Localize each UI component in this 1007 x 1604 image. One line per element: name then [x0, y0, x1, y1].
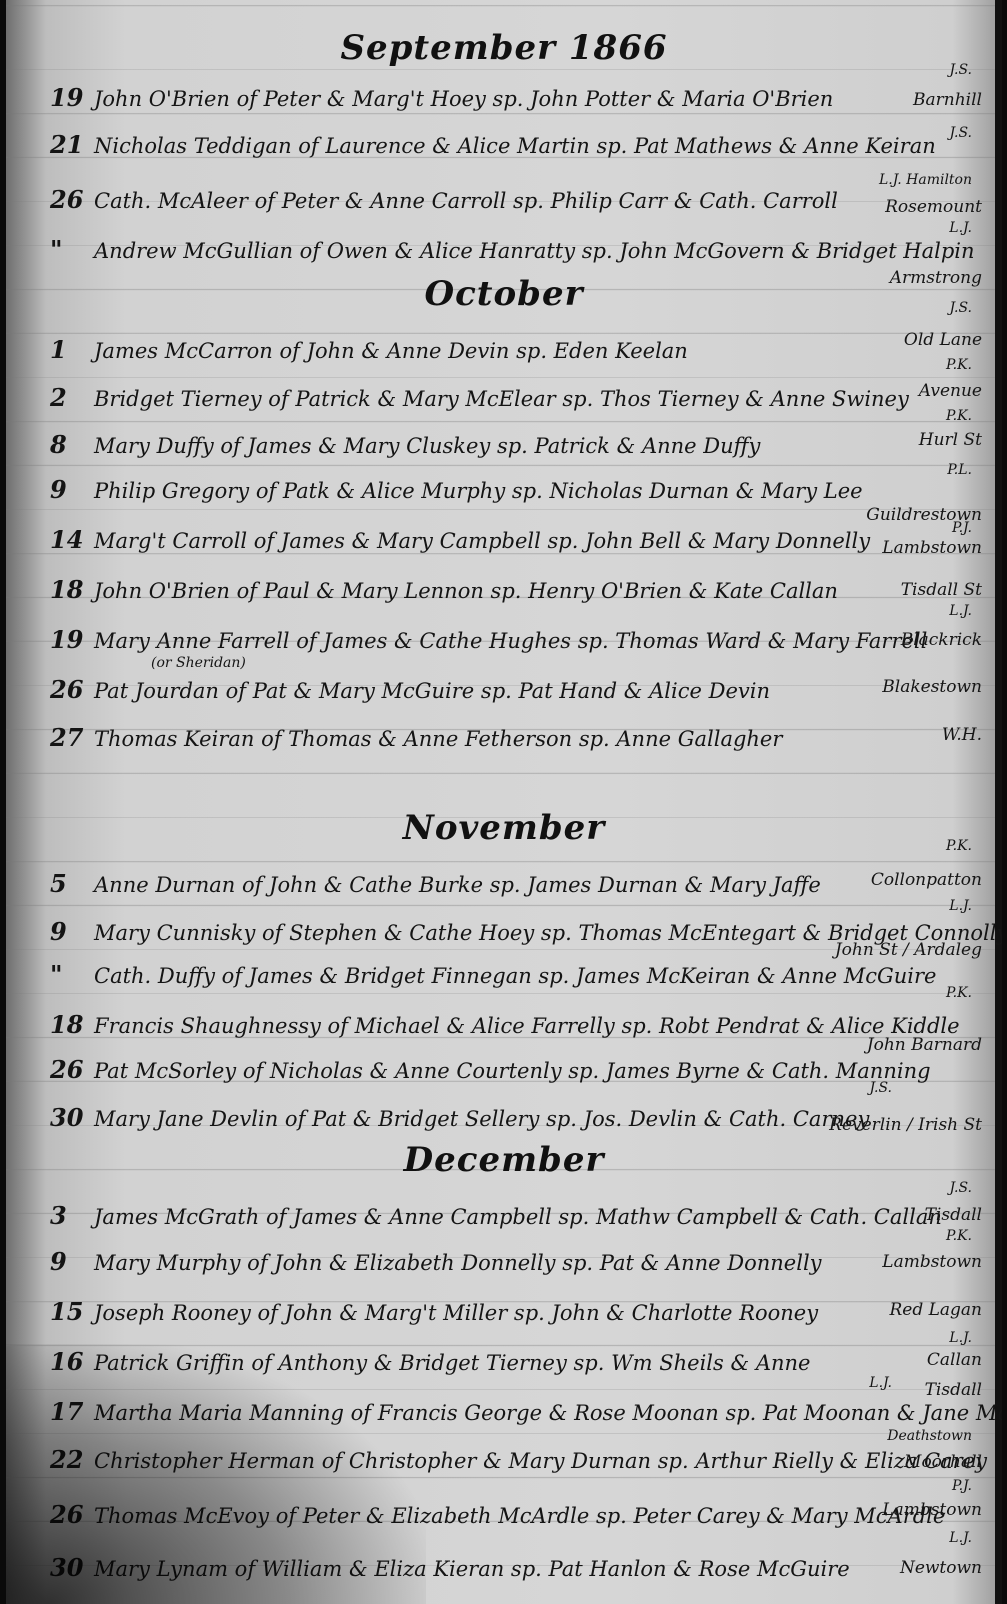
margin-place: Collonpatton [871, 870, 982, 890]
margin-initials: P.J. [952, 1478, 972, 1494]
margin-place: Blackrick [901, 630, 982, 650]
margin-initials: P.L. [947, 462, 972, 478]
entry-day: 26 [50, 670, 94, 710]
margin-place: Tisdall [925, 1205, 982, 1225]
margin-initials: Deathstown [887, 1428, 972, 1444]
margin-place: John Barnard [867, 1035, 982, 1055]
entry-text: Mary Jane Devlin of Pat & Bridget Seller… [94, 1099, 869, 1139]
entry-day: 15 [50, 1292, 94, 1332]
margin-initials: L.J. [949, 220, 972, 236]
entry-day: " [50, 955, 94, 995]
entry-text: Pat Jourdan of Pat & Mary McGuire sp. Pa… [94, 671, 770, 711]
entry-day: 9 [50, 912, 94, 952]
entry-day: 18 [50, 1005, 94, 1045]
margin-place: Reverlin / Irish St [829, 1115, 982, 1135]
margin-initials: L.J. [949, 898, 972, 914]
register-entry: 26Pat Jourdan of Pat & Mary McGuire sp. … [50, 670, 920, 710]
entry-text: Cath. Duffy of James & Bridget Finnegan … [94, 956, 936, 996]
margin-place: Blakestown [882, 677, 982, 697]
margin-place: Newtown [900, 1558, 982, 1578]
entry-text: Mary Murphy of John & Elizabeth Donnelly… [94, 1243, 822, 1283]
entry-text: Francis Shaughnessy of Michael & Alice F… [94, 1006, 960, 1046]
entry-day: 2 [50, 378, 94, 418]
entry-day: 26 [50, 180, 94, 220]
margin-place: Rosemount [885, 197, 982, 217]
entry-day: 26 [50, 1050, 94, 1090]
entry-text: James McGrath of James & Anne Campbell s… [94, 1197, 942, 1237]
register-entry: 21Nicholas Teddigan of Laurence & Alice … [50, 125, 920, 165]
margin-place: Lambstown [882, 1500, 982, 1520]
register-entry: 1James McCarron of John & Anne Devin sp.… [50, 330, 920, 370]
entry-text: Philip Gregory of Patk & Alice Murphy sp… [94, 471, 863, 511]
entry-day: 16 [50, 1342, 94, 1382]
margin-initials: P.K. [946, 1228, 972, 1244]
margin-initials: L.J. [949, 603, 972, 619]
entry-day: 27 [50, 718, 94, 758]
register-entry: 5Anne Durnan of John & Cathe Burke sp. J… [50, 864, 920, 904]
entry-text: Martha Maria Manning of Francis George &… [94, 1393, 1002, 1433]
register-page: September 1866 19John O'Brien of Peter &… [6, 0, 1002, 1604]
margin-place: Tisdall [925, 1380, 982, 1400]
register-entry: 9Mary Murphy of John & Elizabeth Donnell… [50, 1242, 920, 1282]
register-entry: "Andrew McGullian of Owen & Alice Hanrat… [50, 230, 920, 270]
margin-initials: J.S. [949, 62, 972, 78]
entry-text: Cath. McAleer of Peter & Anne Carroll sp… [94, 181, 838, 221]
register-entry: 27Thomas Keiran of Thomas & Anne Fethers… [50, 718, 920, 758]
entry-day: 9 [50, 1242, 94, 1282]
margin-place: Red Lagan [889, 1300, 982, 1320]
entry-text: Andrew McGullian of Owen & Alice Hanratt… [94, 231, 975, 271]
margin-initials: P.J. [952, 520, 972, 536]
month-heading-october: October [6, 274, 1002, 314]
margin-initials: J.S. [949, 1180, 972, 1196]
entry-day: 19 [50, 78, 94, 118]
margin-initials: L.J. [949, 1530, 972, 1546]
register-entry: 26Thomas McEvoy of Peter & Elizabeth McA… [50, 1495, 920, 1535]
entry-day: 1 [50, 330, 94, 370]
entry-day: 5 [50, 864, 94, 904]
register-entry: 15Joseph Rooney of John & Marg't Miller … [50, 1292, 920, 1332]
register-entry: 2Bridget Tierney of Patrick & Mary McEle… [50, 378, 920, 418]
margin-place: Barnhill [913, 90, 982, 110]
margin-initials: P.K. [946, 838, 972, 854]
entry-day: 18 [50, 570, 94, 610]
entry-day: 30 [50, 1098, 94, 1138]
entry-day: 19 [50, 620, 94, 660]
margin-place: Tisdall St [901, 580, 982, 600]
entry-text: Thomas Keiran of Thomas & Anne Fetherson… [94, 719, 782, 759]
entry-text: Nicholas Teddigan of Laurence & Alice Ma… [94, 126, 936, 166]
margin-initials: P.K. [946, 408, 972, 424]
register-entry: 19Mary Anne Farrell of James & Cathe Hug… [50, 620, 920, 660]
entry-day: 30 [50, 1548, 94, 1588]
register-entry: 18Francis Shaughnessy of Michael & Alice… [50, 1005, 920, 1045]
register-entry: 19John O'Brien of Peter & Marg't Hoey sp… [50, 78, 920, 118]
entry-text: John O'Brien of Peter & Marg't Hoey sp. … [94, 79, 833, 119]
margin-place: Hurl St [919, 430, 982, 450]
entry-text: James McCarron of John & Anne Devin sp. … [94, 331, 688, 371]
register-entry: 8Mary Duffy of James & Mary Cluskey sp. … [50, 425, 920, 465]
entry-text: Joseph Rooney of John & Marg't Miller sp… [94, 1293, 818, 1333]
register-entry: "Cath. Duffy of James & Bridget Finnegan… [50, 955, 920, 995]
margin-initials: P.K. [946, 357, 972, 373]
entry-text: Mary Duffy of James & Mary Cluskey sp. P… [94, 426, 760, 466]
register-entry: 30Mary Jane Devlin of Pat & Bridget Sell… [50, 1098, 920, 1138]
entry-day: 17 [50, 1392, 94, 1432]
entry-day: 21 [50, 125, 94, 165]
register-entry: 9Mary Cunnisky of Stephen & Cathe Hoey s… [50, 912, 920, 952]
month-heading-september: September 1866 [6, 28, 1002, 68]
entry-text: Christopher Herman of Christopher & Mary… [94, 1441, 987, 1481]
margin-place: John St / Ardaleg [835, 940, 982, 960]
register-entry: 17Martha Maria Manning of Francis George… [50, 1392, 920, 1432]
register-entry: 3James McGrath of James & Anne Campbell … [50, 1196, 920, 1236]
entry-day: 14 [50, 520, 94, 560]
margin-place: Lambstown [882, 1252, 982, 1272]
margin-initials: L.J. [869, 1375, 892, 1391]
page-edge [995, 0, 1002, 1604]
register-entry: 26Pat McSorley of Nicholas & Anne Courte… [50, 1050, 920, 1090]
month-heading-november: November [6, 808, 1002, 848]
margin-place: Avenue [919, 381, 982, 401]
margin-initials: P.K. [946, 985, 972, 1001]
entry-text: Anne Durnan of John & Cathe Burke sp. Ja… [94, 865, 821, 905]
register-entry: 16Patrick Griffin of Anthony & Bridget T… [50, 1342, 920, 1382]
margin-place: W.H. [942, 725, 982, 745]
register-entry: 14Marg't Carroll of James & Mary Campbel… [50, 520, 920, 560]
margin-place: Old Lane [904, 330, 982, 350]
margin-initials: L.J. [949, 1330, 972, 1346]
margin-initials: J.S. [949, 300, 972, 316]
register-entry: 18John O'Brien of Paul & Mary Lennon sp.… [50, 570, 920, 610]
entry-text: Bridget Tierney of Patrick & Mary McElea… [94, 379, 909, 419]
entry-text: Patrick Griffin of Anthony & Bridget Tie… [94, 1343, 810, 1383]
register-entry: 26Cath. McAleer of Peter & Anne Carroll … [50, 180, 920, 220]
entry-day: 9 [50, 470, 94, 510]
entry-day: " [50, 230, 94, 270]
entry-text: Marg't Carroll of James & Mary Campbell … [94, 521, 870, 561]
register-entry: 9Philip Gregory of Patk & Alice Murphy s… [50, 470, 920, 510]
margin-place: Lambstown [882, 538, 982, 558]
month-heading-december: December [6, 1140, 1002, 1180]
margin-place: Callan [927, 1350, 982, 1370]
entry-text: Thomas McEvoy of Peter & Elizabeth McArd… [94, 1496, 945, 1536]
entry-text: John O'Brien of Paul & Mary Lennon sp. H… [94, 571, 838, 611]
entry-day: 22 [50, 1440, 94, 1480]
register-entry: 22Christopher Herman of Christopher & Ma… [50, 1440, 920, 1480]
margin-initials: J.S. [949, 125, 972, 141]
interlinear-note: (or Sheridan) [151, 655, 246, 671]
margin-initials: J.S. [869, 1080, 892, 1096]
entry-day: 26 [50, 1495, 94, 1535]
register-entry: 30Mary Lynam of William & Eliza Kieran s… [50, 1548, 920, 1588]
entry-day: 3 [50, 1196, 94, 1236]
entry-day: 8 [50, 425, 94, 465]
margin-place: Moorhall [904, 1452, 982, 1472]
margin-initials: L.J. Hamilton [879, 172, 972, 188]
entry-text: Pat McSorley of Nicholas & Anne Courtenl… [94, 1051, 931, 1091]
entry-text: Mary Lynam of William & Eliza Kieran sp.… [94, 1549, 850, 1589]
